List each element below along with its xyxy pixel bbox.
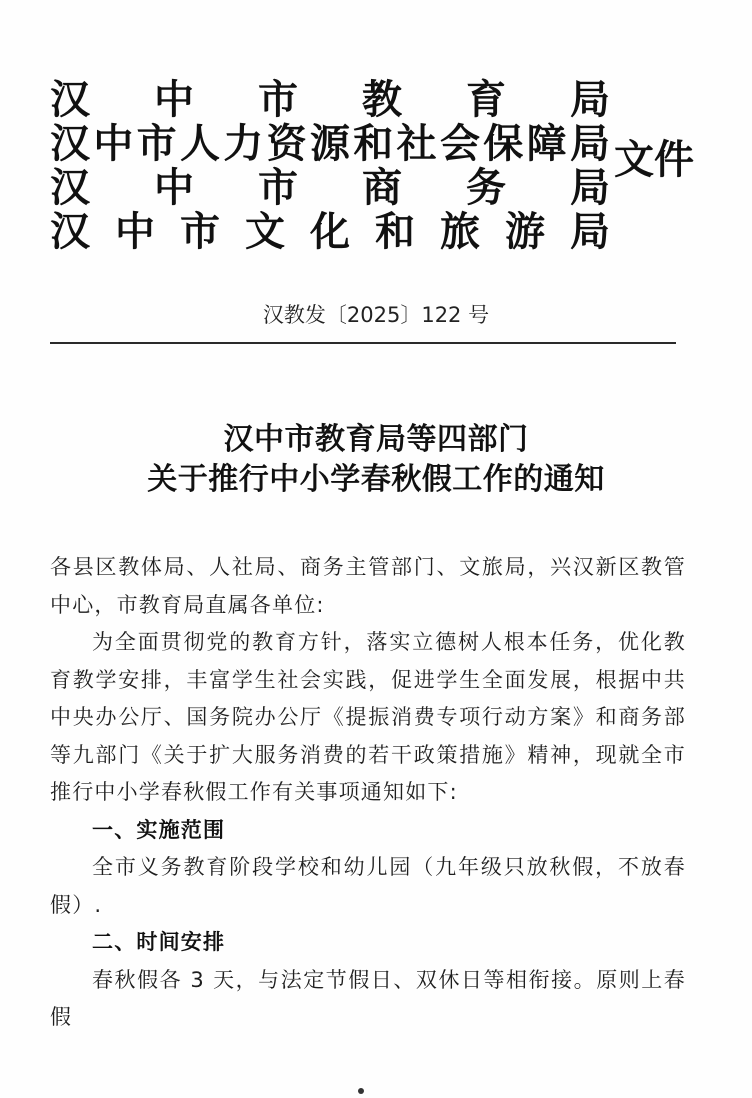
issuer-char: 旅 [440,210,480,254]
issuer-char: 社 [397,122,437,166]
issuer-char: 源 [310,122,350,166]
issuer-char: 务 [466,166,506,210]
issuer-char: 化 [310,210,350,254]
issuer-char: 局 [570,78,610,122]
issuer-char: 市 [258,166,298,210]
section-heading: 一、实施范围 [50,812,686,850]
addressees-paragraph: 各县区教体局、人社局、商务主管部门、文旅局，兴汉新区教管中心，市教育局直属各单位… [50,549,686,624]
issuer-char: 和 [375,210,415,254]
issuer-char: 资 [267,122,307,166]
issuer-char: 局 [570,166,610,210]
issuer-char: 教 [362,78,402,122]
issuer-line: 汉中市教育局 [50,78,610,122]
issuer-char: 游 [505,210,545,254]
issuer-char: 市 [258,78,298,122]
issuer-line: 汉中市人力资源和社会保障局 [50,122,610,166]
issuer-char: 保 [483,122,523,166]
issuer-char: 市 [180,210,220,254]
header-divider [50,342,676,344]
issuer-char: 市 [137,122,177,166]
issuer-char: 商 [362,166,402,210]
issuer-char: 力 [223,122,263,166]
issuer-char: 中 [93,122,133,166]
issuer-char: 中 [115,210,155,254]
issuer-char: 汉 [50,166,90,210]
issuer-char: 障 [527,122,567,166]
issuer-char: 局 [570,210,610,254]
issuer-char: 人 [180,122,220,166]
issuer-char: 中 [154,78,194,122]
document-page: 汉中市教育局 汉中市人力资源和社会保障局 汉中市商务局 汉中市文化和旅游局 文件… [0,0,752,1098]
issuer-line: 汉中市文化和旅游局 [50,210,610,254]
document-body: 各县区教体局、人社局、商务主管部门、文旅局，兴汉新区教管中心，市教育局直属各单位… [50,549,686,1037]
issuer-char: 汉 [50,210,90,254]
title-line-1: 汉中市教育局等四部门 [0,420,752,460]
issuer-char: 育 [466,78,506,122]
masthead-issuers: 汉中市教育局 汉中市人力资源和社会保障局 汉中市商务局 汉中市文化和旅游局 [50,78,610,254]
section-paragraph: 春秋假各 3 天，与法定节假日、双休日等相衔接。原则上春假 [50,962,686,1037]
masthead-suffix: 文件 [614,138,694,182]
issuer-char: 汉 [50,78,90,122]
issuer-char: 会 [440,122,480,166]
issuer-char: 汉 [50,122,90,166]
document-title: 汉中市教育局等四部门 关于推行中小学春秋假工作的通知 [0,420,752,500]
section-paragraph: 全市义务教育阶段学校和幼儿园（九年级只放秋假，不放春假）. [50,849,686,924]
issuer-char: 文 [245,210,285,254]
document-number: 汉教发〔2025〕122 号 [0,302,752,328]
issuer-char: 和 [353,122,393,166]
issuer-line: 汉中市商务局 [50,166,610,210]
issuer-char: 局 [570,122,610,166]
title-line-2: 关于推行中小学春秋假工作的通知 [0,460,752,500]
section-heading: 二、时间安排 [50,924,686,962]
page-mark [358,1088,364,1094]
issuer-char: 中 [154,166,194,210]
intro-paragraph: 为全面贯彻党的教育方针，落实立德树人根本任务，优化教育教学安排，丰富学生社会实践… [50,624,686,812]
